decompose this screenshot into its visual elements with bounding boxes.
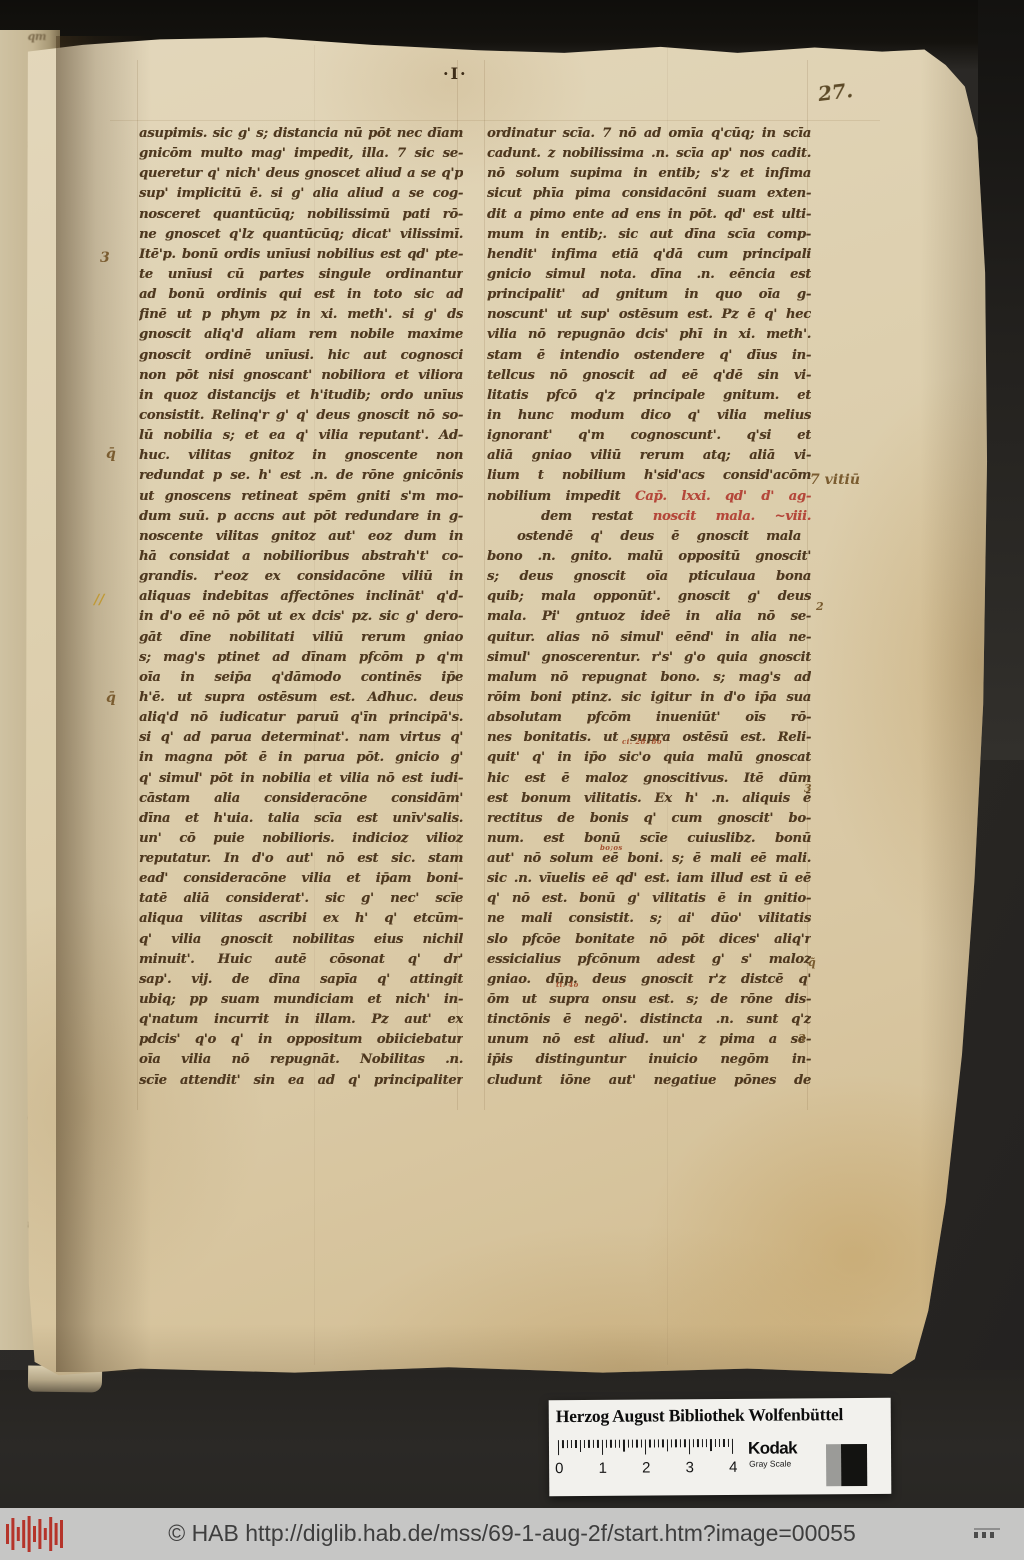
manuscript-line: aliā gniao viliū rerum atq; aliā vi- [487,448,811,468]
manuscript-line: in quoz distancijs et h'itudib; ordo unī… [139,388,463,408]
manuscript-line: simul' gnoscerentur. r's' g'o quia gnosc… [487,650,811,670]
body-text: h'ē. ut supra ostēsum est. Adhuc. deus [139,690,463,705]
manuscript-line: rectitus de bonis q' cum gnoscit' bo- [487,811,811,831]
body-text: queretur q' nich' deus gnoscet aliud a s… [139,166,463,181]
interlinear-note: bo;os [600,843,623,852]
ruler-tick [667,1439,668,1451]
library-label: Herzog August Bibliothek Wolfenbüttel 01… [549,1398,892,1496]
manuscript-line: gāt dīne nobilitati viliū rerum gniao [139,630,463,650]
body-text: sup' implicitū ē. si g' alia aliud a se … [139,186,463,201]
ruler-tick [645,1440,646,1455]
manuscript-line: in magna pōt ē in parua pōt. gnicio g' [139,750,463,770]
manuscript-line: principalit' ad gnitum in quo oīa g- [487,287,811,307]
footer-bar: © HAB http://diglib.hab.de/mss/69-1-aug-… [0,1508,1024,1560]
manuscript-line: litatis pfcō q'z principale gnitum. et [487,388,811,408]
ruler-tick [693,1439,694,1447]
ruler-tick [567,1440,568,1448]
manuscript-line: hendit' infima etiā q'dā cum principali [487,247,811,267]
ruler-tick [641,1440,642,1448]
ruler-tick [719,1439,720,1447]
manuscript-line: oīa in seip̄a q'dāmodo continēs ip̄e [139,670,463,690]
folio-number: 27. [817,78,854,106]
manuscript-line: q' nō est. bonū g' vilitatis ē in gnitio… [487,891,811,911]
ruling-line [484,60,485,1110]
body-text: noscente vilitas gnitoz aut' eoz dum in [139,529,463,544]
body-text: ordinatur scīa. 7 nō ad omīa q'cūq; in s… [487,126,811,141]
ruler-tick [662,1439,663,1447]
body-text: oīa vilia nō repugnāt. Nobilitas .n. [139,1052,463,1067]
ruling-line [110,120,880,121]
ruler-tick [658,1439,659,1447]
manuscript-line: cadunt. z nobilissima .n. scīa ap' nos c… [487,146,811,166]
body-text: mum in entib;. sic aut dīna scīa comp- [487,227,811,242]
body-text: ōm ut supra onsu est. s; de rōne dis- [487,992,811,1007]
manuscript-line: Itē'p. bonū ordis unīusi nobilius est qd… [139,247,463,267]
manuscript-line: s; mag's ptinet ad dīnam pfcōm p q'm [139,650,463,670]
body-text: num. est bonū scīe cuiuslibz. bonū [487,831,811,846]
body-text: asupimis. sic g' s; distancia nū pōt nec… [139,126,463,141]
body-text: gnicio simul nota. dīna .n. eēncia est [487,267,811,282]
manuscript-line: bono .n. gnito. malū oppositū gnoscit' [487,549,811,569]
body-text: principalit' ad gnitum in quo oīa g- [487,287,811,302]
manuscript-line: quitur. alias nō simul' eēnd' in alia ne… [487,630,811,650]
ruler-scale: 01234 [558,1439,744,1482]
body-text: gniao. dūp. deus gnoscit r'z distcē q' [487,972,811,987]
ruler-tick [688,1439,689,1454]
ruler-tick [614,1440,615,1448]
manuscript-line: ordinatur scīa. 7 nō ad omīa q'cūq; in s… [487,126,811,146]
manuscript-line: aut' nō solum eē boni. s; ē mali eē mali… [487,851,811,871]
body-text: redundat p se. h' est .n. de rōne gnicōn… [139,468,463,483]
body-text: dem restat [541,509,653,524]
body-text: aliqua vilitas ascribi ex h' q' etcūm- [139,911,463,926]
manuscript-line: quib; mala opponūt'. gnoscit g' deus [487,589,811,609]
body-text: tatē aliā considerat'. sic g' nec' scīe [139,891,463,906]
ruler-number: 0 [555,1460,563,1477]
body-text: reputatur. In d'o aut' nō est sic. stam [139,851,463,866]
body-text: unum nō est aliud. un' z pima a se- [487,1032,811,1047]
body-text: ad bonū ordinis qui est in toto sic ad [139,287,463,302]
ruler-tick [654,1439,655,1447]
manuscript-line: h'ē. ut supra ostēsum est. Adhuc. deus [139,690,463,710]
ruler-tick [706,1439,707,1447]
manuscript-line: pdcis' q'o q' in oppositum obiiciebatur [139,1032,463,1052]
black-scale-patch [841,1444,867,1486]
ruler-tick [680,1439,681,1447]
indent-gap [801,539,811,540]
manuscript-line: est bonum vilitatis. Ex h' .n. aliquis ē [487,791,811,811]
gray-scale-patch [826,1444,841,1486]
manuscript-line: malum nō repugnat bono. s; mag's ad [487,670,811,690]
ruling-line [137,60,138,1110]
margin-annotation: ∕∕ [94,592,104,608]
manuscript-line: consistit. Relinq'r g' q' deus gnoscit n… [139,408,463,428]
manuscript-line: vilia nō repugnāo dcis' phī in xi. meth'… [487,327,811,347]
manuscript-line: slo pfcōe bonitate nō pōt dices' aliq'r [487,932,811,952]
body-text: noscunt' ut sup' ostēsum est. Pz ē q' he… [487,307,811,322]
quire-mark: ·I· [443,64,468,83]
manuscript-line: gnoscit aliq'd aliam rem nobile maxime [139,327,463,347]
manuscript-line: gnicōm multo mag' impedit, illa. 7 sic s… [139,146,463,166]
manuscript-line: non pōt nisi gnoscant' nobiliora et vili… [139,368,463,388]
ruler-tick [701,1439,702,1447]
body-text: litatis pfcō q'z principale gnitum. et [487,388,811,403]
body-text: ne gnoscet q'lz quantūcūq; dicat' viliss… [139,227,463,242]
body-text: cāstam alia consideracōne considām' [139,791,463,806]
ruler-tick [671,1439,672,1447]
manuscript-line: ip̄is distinguntur inuicio negōm in- [487,1052,811,1072]
ruler-tick [606,1440,607,1448]
manuscript-line: aliq'd nō iudicatur paruū q'īn principā'… [139,710,463,730]
manuscript-line: un' cō puie nobilioris. indicioz vilioz [139,831,463,851]
rubric-text: noscit mala. ~viii. [653,509,811,524]
manuscript-line: sup' implicitū ē. si g' alia aliud a se … [139,186,463,206]
ruler-number: 1 [599,1460,607,1477]
manuscript-line: minuit'. Huic autē cōsonat q' dr' [139,952,463,972]
manuscript-line: num. est bonū scīe cuiuslibz. bonū [487,831,811,851]
body-text: nosceret quantūcūq; nobilissimū pati rō- [139,207,463,222]
manuscript-line: q' simul' pōt in nobilia et vilia nō est… [139,771,463,791]
manuscript-line: redundat p se. h' est .n. de rōne gnicōn… [139,468,463,488]
body-text: slo pfcōe bonitate nō pōt dices' aliq'r [487,932,811,947]
manuscript-line: ōm ut supra onsu est. s; de rōne dis- [487,992,811,1012]
ruler-tick [601,1440,602,1455]
body-text: te unīusi cū partes singule ordinantur [139,267,463,282]
footer-mini-square [990,1532,994,1538]
manuscript-line: aliqua vilitas ascribi ex h' q' etcūm- [139,911,463,931]
body-text: non pōt nisi gnoscant' nobiliora et vili… [139,368,463,383]
body-text: ut gnoscens retineat spēm gniti s'm mo- [139,489,463,504]
manuscript-line: sicut phīa pima considacōni suam exten- [487,186,811,206]
body-text: minuit'. Huic autē cōsonat q' dr' [139,952,463,967]
body-text: hendit' infima etiā q'dā cum principali [487,247,811,262]
manuscript-line: ne gnoscet q'lz quantūcūq; dicat' viliss… [139,227,463,247]
footer-mini-line [974,1528,1000,1530]
body-text: quib; mala opponūt'. gnoscit g' deus [487,589,811,604]
body-text: oīa in seip̄a q'dāmodo continēs ip̄e [139,670,463,685]
manuscript-line: ostendē q' deus ē gnoscit mala [487,529,811,549]
indent-gap [487,539,517,540]
manuscript-line: s; deus gnoscit oīa pticulaua bona [487,569,811,589]
ruler-tick [732,1439,733,1454]
manuscript-line: grandis. r'eoz ex considacōne viliū in [139,569,463,589]
body-text: est bonum vilitatis. Ex h' .n. aliquis ē [487,791,811,806]
ruler-tick [575,1440,576,1448]
ruler-tick [675,1439,676,1447]
body-text: in quoz distancijs et h'itudib; ordo unī… [139,388,463,403]
label-title: Herzog August Bibliothek Wolfenbüttel [556,1404,886,1427]
manuscript-line: noscente vilitas gnitoz aut' eoz dum in [139,529,463,549]
margin-annotation: 7 vitiū [810,472,860,488]
footer-mini-square [974,1532,978,1538]
body-text: gnoscit aliq'd aliam rem nobile maxime [139,327,463,342]
body-text: ubiq; pp suam mundiciam et nich' in- [139,992,463,1007]
body-text: malum nō repugnat bono. s; mag's ad [487,670,811,685]
ruler-tick [649,1439,650,1447]
body-text: stam ē intendio ostendere q' dīus in- [487,348,811,363]
body-text: nō solum supima in entib; s'z et infima [487,166,811,181]
body-text: sicut phīa pima considacōni suam exten- [487,186,811,201]
manuscript-line: si q' ad parua determinat'. nam virtus q… [139,730,463,750]
ruler-tick [597,1440,598,1448]
kodak-subtitle: Gray Scale [749,1459,791,1469]
text-column-left: asupimis. sic g' s; distancia nū pōt nec… [139,126,463,1093]
body-text: sap'. vij. de dīna sapīa q' attingit [139,972,463,987]
ruler-number: 3 [686,1459,694,1476]
manuscript-line: in hunc modum dico q' vilia melius [487,408,811,428]
body-text: gnicōm multo mag' impedit, illa. 7 sic s… [139,146,463,161]
body-text: dīna et h'uia. talia scīa est unīv'salis… [139,811,463,826]
manuscript-line: nō solum supima in entib; s'z et infima [487,166,811,186]
manuscript-line: te unīusi cū partes singule ordinantur [139,267,463,287]
body-text: nobilium impedit [487,489,635,504]
manuscript-line: essicialius pfcōnum adest g' s' maloz [487,952,811,972]
margin-annotation: 3 [798,1032,806,1045]
indent-gap [487,519,541,520]
body-text: vilia nō repugnāo dcis' phī in xi. meth'… [487,327,811,342]
body-text: ead' consideracōne vilia et ip̄am boni- [139,871,463,886]
body-text: Itē'p. bonū ordis unīusi nobilius est qd… [139,247,463,262]
body-text: lū nobilia s; et ea q' vilia reputant'. … [139,428,463,443]
manuscript-line: dum suū. p accns aut pōt redundare in g- [139,509,463,529]
body-text: dit a pimo ente ad ens in pōt. qd' est u… [487,207,811,222]
body-text: ignorant' q'm cognoscunt'. q'si et [487,428,811,443]
margin-annotation: 3 [804,782,812,795]
ruler-tick [619,1440,620,1448]
body-text: hic est ē maloz gnoscitivus. Itē dūm [487,771,811,786]
manuscript-line: q' vilia gnoscit nobilitas eius nichil [139,932,463,952]
ruler-tick [636,1440,637,1448]
body-text: ostendē q' deus ē gnoscit mala [517,529,801,544]
body-text: consistit. Relinq'r g' q' deus gnoscit n… [139,408,463,423]
ruler-tick [710,1439,711,1451]
ruler-tick [571,1440,572,1448]
manuscript-line: dīna et h'uia. talia scīa est unīv'salis… [139,811,463,831]
body-text: ip̄is distinguntur inuicio negōm in- [487,1052,811,1067]
manuscript-line: nobilium impedit Cap̄. lxxi. qd' d' ag- [487,489,811,509]
body-text: aliā gniao viliū rerum atq; aliā vi- [487,448,811,463]
manuscript-line: stam ē intendio ostendere q' dīus in- [487,348,811,368]
body-text: mala. Pi' gntuoz ideē in alia nō se- [487,609,811,624]
manuscript-line: gnoscit ordinē unīusi. hic aut cognosci [139,348,463,368]
body-text: tellcus nō gnoscit ad eē q'dē sin vi- [487,368,811,383]
body-text: s; mag's ptinet ad dīnam pfcōm p q'm [139,650,463,665]
manuscript-line: ubiq; pp suam mundiciam et nich' in- [139,992,463,1012]
body-text: aliquas indebitas affectōnes inclināt' q… [139,589,463,604]
ruler-tick [623,1440,624,1452]
body-text: pdcis' q'o q' in oppositum obiiciebatur [139,1032,463,1047]
rubric-text: Cap̄. lxxi. qd' d' ag- [635,489,811,504]
body-text: q' vilia gnoscit nobilitas eius nichil [139,932,463,947]
ruler-tick [610,1440,611,1448]
body-text: quit' q' in ip̄o sic'o quia malū gnoscat [487,750,811,765]
manuscript-line: hic est ē maloz gnoscitivus. Itē dūm [487,771,811,791]
body-text: rectitus de bonis q' cum gnoscit' bo- [487,811,811,826]
manuscript-line: tatē aliā considerat'. sic g' nec' scīe [139,891,463,911]
photo-backdrop: qmadoīsturumerib;dēnsq'emroat'iūuscōnēp'… [0,0,1024,1560]
ruler-tick [697,1439,698,1447]
interlinear-note: ti. 4o [556,980,579,989]
margin-annotation: q̃ [808,956,816,969]
body-text: q' nō est. bonū g' vilitatis ē in gnitio… [487,891,811,906]
manuscript-line: asupimis. sic g' s; distancia nū pōt nec… [139,126,463,146]
margin-annotation: 2 [816,600,824,613]
body-text: lium t nobilium h'sid'acs consid'acōm [487,468,811,483]
body-text: dum suū. p accns aut pōt redundare in g- [139,509,463,524]
body-text: si q' ad parua determinat'. nam virtus q… [139,730,463,745]
body-text: simul' gnoscerentur. r's' g'o quia gnosc… [487,650,811,665]
body-text: scīe attendit' sin ea ad q' principalite… [139,1073,463,1088]
manuscript-line: mum in entib;. sic aut dīna scīa comp- [487,227,811,247]
margin-annotation: q̄ [106,690,116,706]
manuscript-line: scīe attendit' sin ea ad q' principalite… [139,1073,463,1093]
manuscript-line: sic .n. vīuelis eē qd' est. iam illud es… [487,871,811,891]
manuscript-line: q'natum incurrit in illam. Pz aut' ex [139,1012,463,1032]
ruler-tick [715,1439,716,1447]
manuscript-line: ut gnoscens retineat spēm gniti s'm mo- [139,489,463,509]
body-text: sic .n. vīuelis eē qd' est. iam illud es… [487,871,811,886]
body-text: q' simul' pōt in nobilia et vilia nō est… [139,771,463,786]
body-text: grandis. r'eoz ex considacōne viliū in [139,569,463,584]
body-text: gāt dīne nobilitati viliū rerum gniao [139,630,463,645]
body-text: rōim boni ptinz. sic igitur in d'o ip̄a … [487,690,811,705]
manuscript-line: mala. Pi' gntuoz ideē in alia nō se- [487,609,811,629]
ruler-tick [632,1440,633,1448]
margin-annotation: q̄ [106,446,116,462]
ruler-number: 2 [642,1459,650,1476]
manuscript-line: ignorant' q'm cognoscunt'. q'si et [487,428,811,448]
body-text: essicialius pfcōnum adest g' s' maloz [487,952,811,967]
body-text: finē ut p phym pz in xi. meth'. si g' ds [139,307,463,322]
manuscript-line: in d'o eē nō pōt ut ex dcis' pz. sic g' … [139,609,463,629]
body-text: un' cō puie nobilioris. indicioz vilioz [139,831,463,846]
ruler-tick [593,1440,594,1448]
body-text: quitur. alias nō simul' eēnd' in alia ne… [487,630,811,645]
manuscript-line: gnicio simul nota. dīna .n. eēncia est [487,267,811,287]
manuscript-line: gniao. dūp. deus gnoscit r'z distcē q' [487,972,811,992]
ruler-number: 4 [729,1459,737,1476]
body-text: huc. vilitas gnitoz in gnoscente non [139,448,463,463]
footer-mini-square [982,1532,986,1538]
body-text: aut' nō solum eē boni. s; ē mali eē mali… [487,851,811,866]
kodak-brand: Kodak [748,1438,797,1458]
margin-annotation: 3 [100,250,110,266]
body-text: ne mali consistit. s; ai' dūo' vilitatis [487,911,811,926]
interlinear-note: ci. 28. 8o [622,737,662,746]
manuscript-line: hā considat a nobilioribus abstrah't' co… [139,549,463,569]
manuscript-line: finē ut p phym pz in xi. meth'. si g' ds [139,307,463,327]
manuscript-line: ead' consideracōne vilia et ip̄am boni- [139,871,463,891]
ruler-tick [558,1440,559,1455]
manuscript-line: dem restat noscit mala. ~viii. [487,509,811,529]
ruler-tick [684,1439,685,1447]
body-text: gnoscit ordinē unīusi. hic aut cognosci [139,348,463,363]
body-text: bono .n. gnito. malū oppositū gnoscit' [487,549,811,564]
manuscript-line: ad bonū ordinis qui est in toto sic ad [139,287,463,307]
manuscript-line: reputatur. In d'o aut' nō est sic. stam [139,851,463,871]
body-text: q'natum incurrit in illam. Pz aut' ex [139,1012,463,1027]
manuscript-line: lium t nobilium h'sid'acs consid'acōm [487,468,811,488]
manuscript-line: sap'. vij. de dīna sapīa q' attingit [139,972,463,992]
ruler-tick [562,1440,563,1448]
ruler-tick [588,1440,589,1448]
ruler-tick [584,1440,585,1448]
footer-mini-mark [974,1528,1004,1540]
body-text: cludunt iōne aut' negatiue pōnes de [487,1073,811,1088]
body-text: absolutam pfcōm inueniūt' oīs rō- [487,710,811,725]
manuscript-line: cludunt iōne aut' negatiue pōnes de [487,1073,811,1093]
manuscript-line: queretur q' nich' deus gnoscet aliud a s… [139,166,463,186]
manuscript-line: nosceret quantūcūq; nobilissimū pati rō- [139,207,463,227]
manuscript-line: quit' q' in ip̄o sic'o quia malū gnoscat [487,750,811,770]
ruler-tick [723,1439,724,1447]
ruler-tick [728,1439,729,1447]
manuscript-line: lū nobilia s; et ea q' vilia reputant'. … [139,428,463,448]
manuscript-line: tellcus nō gnoscit ad eē q'dē sin vi- [487,368,811,388]
manuscript-line: ne mali consistit. s; ai' dūo' vilitatis [487,911,811,931]
manuscript-line: tinctōnis ē negō'. distincta .n. sunt q'… [487,1012,811,1032]
body-text: in magna pōt ē in parua pōt. gnicio g' [139,750,463,765]
text-column-right: ordinatur scīa. 7 nō ad omīa q'cūq; in s… [487,126,811,1093]
ruler-tick [628,1440,629,1448]
manuscript-line: cāstam alia consideracōne considām' [139,791,463,811]
body-text: tinctōnis ē negō'. distincta .n. sunt q'… [487,1012,811,1027]
body-text: cadunt. z nobilissima .n. scīa ap' nos c… [487,146,811,161]
manuscript-line: noscunt' ut sup' ostēsum est. Pz ē q' he… [487,307,811,327]
body-text: hā considat a nobilioribus abstrah't' co… [139,549,463,564]
manuscript-line: absolutam pfcōm inueniūt' oīs rō- [487,710,811,730]
manuscript-line: aliquas indebitas affectōnes inclināt' q… [139,589,463,609]
body-text: in d'o eē nō pōt ut ex dcis' pz. sic g' … [139,609,463,624]
ruler-tick [580,1440,581,1452]
body-text: s; deus gnoscit oīa pticulaua bona [487,569,811,584]
manuscript-line: huc. vilitas gnitoz in gnoscente non [139,448,463,468]
manuscript-line: oīa vilia nō repugnāt. Nobilitas .n. [139,1052,463,1072]
body-text: aliq'd nō iudicatur paruū q'īn principā'… [139,710,463,725]
body-text: in hunc modum dico q' vilia melius [487,408,811,423]
copyright-url: © HAB http://diglib.hab.de/mss/69-1-aug-… [0,1520,1024,1547]
manuscript-line: rōim boni ptinz. sic igitur in d'o ip̄a … [487,690,811,710]
manuscript-line: dit a pimo ente ad ens in pōt. qd' est u… [487,207,811,227]
manuscript-line: unum nō est aliud. un' z pima a se- [487,1032,811,1052]
